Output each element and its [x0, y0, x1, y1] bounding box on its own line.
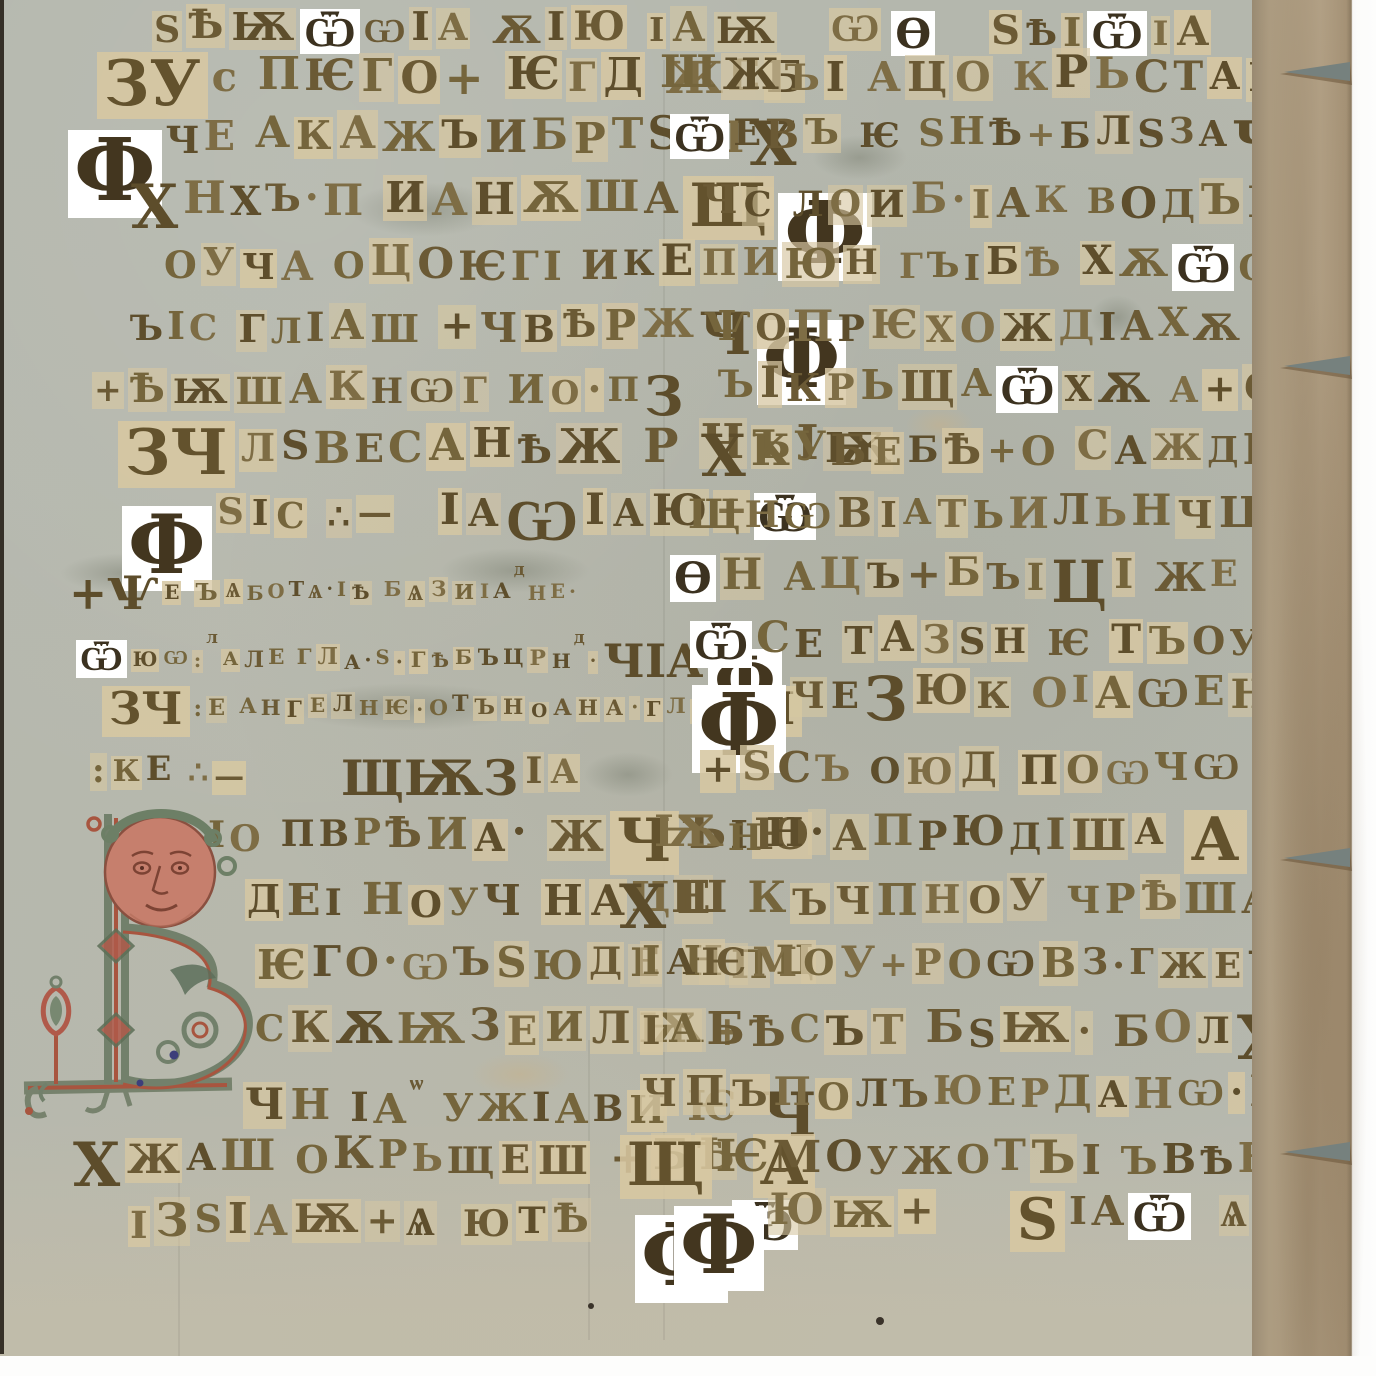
glyph: Ъ [1147, 622, 1188, 665]
glyph: Ѡ [783, 497, 831, 535]
glyph: А [996, 182, 1030, 223]
glyph: Ѕ [281, 427, 309, 466]
glyph: О [1154, 1006, 1192, 1050]
glyph: Г [460, 372, 489, 412]
glyph: К [747, 877, 786, 920]
glyph: О [953, 56, 993, 101]
glyph: У [840, 942, 875, 985]
glyph: Ѥ [458, 246, 507, 287]
gap [629, 40, 645, 41]
letter-run: КУБЕБѢ+ОСАЖДИ [749, 426, 1284, 471]
glyph: Д [1207, 433, 1238, 468]
glyph: С [1075, 426, 1111, 470]
glyph: А [1198, 117, 1227, 152]
manuscript-text-line: ОУЧАОЦОѤГІИКЕ [162, 240, 697, 288]
glyph: Ѭ [292, 1199, 361, 1243]
glyph: Ѥ [859, 119, 899, 153]
glyph: Ѧ [404, 1201, 437, 1245]
glyph: П [258, 52, 300, 97]
letter-run: ЪІКРЬЩА [716, 363, 994, 408]
glyph: И [867, 185, 907, 227]
glyph: + [365, 1201, 401, 1243]
glyph: · [394, 651, 405, 675]
glyph: Ѫ [521, 175, 581, 221]
glyph: Т [516, 1201, 547, 1242]
large-ink-letter: З [644, 372, 683, 421]
gap [779, 42, 827, 43]
glyph: Ч [166, 122, 200, 159]
glyph: Д [587, 942, 624, 983]
glyph: Н [728, 820, 762, 856]
manuscript-text-line: ѬНН·АПРЮДІШАА [652, 810, 1249, 874]
glyph: Е [354, 430, 384, 469]
glyph: Л [271, 315, 302, 350]
glyph: · [414, 699, 425, 722]
glyph: Ш [370, 311, 419, 349]
glyph: І [1151, 16, 1171, 54]
glyph: Е [733, 115, 761, 151]
gap [1168, 846, 1182, 847]
glyph: О [1120, 183, 1157, 226]
glyph: Ѡ [407, 371, 456, 411]
glyph: Ѣ [432, 651, 449, 671]
glyph: Н [766, 814, 803, 854]
gap [937, 42, 987, 43]
glyph: І [532, 1088, 551, 1128]
glyph: А [281, 247, 314, 287]
glyph: Ѡ [402, 948, 449, 986]
glyph: Ъ [730, 1074, 769, 1115]
glyph: О [333, 248, 365, 284]
glyph: Г [297, 647, 312, 669]
letter-run: ѪІ [490, 8, 569, 50]
glyph: І [438, 488, 462, 535]
glyph: · [327, 581, 333, 600]
glyph: Ѥ [869, 305, 920, 348]
glyph: О [825, 1136, 862, 1179]
glyph: Н [922, 881, 963, 924]
gap [593, 1234, 633, 1235]
glyph: Н [472, 177, 517, 225]
glyph: Ц [905, 55, 949, 101]
glyph: А [1174, 10, 1211, 54]
glyph: Г [1129, 945, 1154, 981]
glyph: А [604, 697, 625, 722]
glyph: Ѧ [405, 581, 425, 607]
glyph: Е [206, 696, 227, 722]
glyph: К [1013, 58, 1049, 97]
glyph: + [438, 305, 476, 349]
glyph: Ѥ [304, 55, 355, 98]
glyph: Ѣ [749, 1011, 786, 1053]
letter-run: Ю [569, 8, 629, 50]
glyph: Р [353, 814, 381, 851]
glyph: Ъ [473, 696, 497, 721]
glyph: Ѱ [704, 305, 749, 346]
glyph: Ш [585, 175, 640, 218]
glyph: П [873, 809, 914, 852]
glyph: Г [236, 310, 267, 352]
glyph: · [1112, 947, 1125, 984]
glyph: І [1072, 671, 1089, 708]
large-letter-patch: ЗЧ [118, 421, 235, 488]
glyph: Е [871, 432, 904, 474]
glyph: Р [1020, 1076, 1049, 1115]
glyph: У [1007, 873, 1046, 921]
manuscript-text-line: ѾЕВЪѤЅНѢ+БЛЅЗАЧѾ [668, 112, 1349, 166]
glyph: Ь [1094, 493, 1127, 533]
ink-dot [876, 1317, 884, 1325]
glyph: Ъ [865, 559, 902, 598]
letter-run: ІА [1067, 1190, 1126, 1235]
glyph: К [751, 430, 790, 473]
pasted-glyph-overlay: Ѳ [670, 555, 716, 602]
letter-run: ІАѤМОУ+РОѠВЗ·ГЖЕ [638, 940, 1245, 985]
glyph: Ю [913, 668, 971, 714]
letter-run: ІЗЅІАѬ [126, 1198, 363, 1245]
glyph: Ь [972, 497, 1004, 535]
glyph: Р [378, 1136, 408, 1176]
glyph: Ь [861, 364, 895, 405]
glyph: Л [316, 644, 341, 671]
glyph: О [815, 1078, 852, 1120]
glyph: Ъ [893, 1075, 929, 1113]
superscript-letter: д [514, 560, 525, 579]
pasted-glyph-overlay: Ѿ [76, 640, 127, 678]
glyph: С [742, 187, 774, 226]
letter-run: ЕВЪѤЅНѢ+БЛЅЗА [731, 113, 1229, 155]
glyph: Ѡ [1177, 1074, 1224, 1112]
glyph: А [1132, 813, 1165, 853]
gap [1193, 1225, 1217, 1226]
glyph: · [1228, 1072, 1245, 1114]
glyph: М [773, 1136, 822, 1180]
glyph: Ѣ [1200, 1142, 1233, 1180]
glyph: Л [667, 696, 686, 718]
glyph: А [1091, 1190, 1124, 1231]
glyph: П [1018, 750, 1060, 794]
glyph: А [1169, 373, 1198, 409]
glyph: Н [183, 175, 226, 220]
glyph: Л [244, 649, 264, 671]
glyph: Х [924, 311, 956, 351]
glyph: З [469, 1004, 500, 1048]
glyph: Н [470, 421, 513, 467]
glyph: У [448, 884, 479, 922]
glyph: О [417, 242, 454, 284]
glyph: П [608, 373, 640, 406]
glyph: П [700, 244, 738, 284]
glyph: Ч [482, 879, 521, 921]
glyph: Ю [768, 1188, 827, 1235]
pasted-glyph-overlay: Ѿ [670, 114, 729, 159]
glyph: О [870, 754, 901, 789]
glyph: Е [550, 582, 565, 601]
glyph: + [879, 948, 908, 982]
glyph: Б [945, 552, 982, 595]
glyph: Ж [556, 423, 622, 474]
letter-run: ШЖЪІАЦОКРЬСТА [658, 52, 1244, 99]
glyph: И [383, 175, 427, 221]
glyph: Ѡ [1106, 755, 1150, 790]
glyph: Н [949, 112, 985, 150]
glyph: Г [409, 649, 428, 674]
large-letter-patch: А [1184, 810, 1247, 874]
glyph: Т [452, 693, 469, 715]
glyph: У [201, 243, 236, 286]
letter-run: ѬНН·АПРЮДІША [652, 810, 1168, 857]
glyph: Ш [234, 372, 285, 413]
glyph: Л [1053, 489, 1090, 531]
glyph: О [967, 881, 1004, 923]
glyph: Ъ [130, 312, 163, 347]
glyph: А [186, 1139, 216, 1176]
glyph: Б [706, 1007, 744, 1052]
glyph: Ѣ [518, 431, 552, 470]
glyph: И [426, 812, 468, 856]
pasted-glyph-overlay: Ѿ [1172, 244, 1234, 291]
glyph: И [742, 243, 778, 281]
glyph: · [629, 696, 640, 720]
glyph: З [429, 577, 448, 602]
glyph: Ѫ [492, 12, 541, 49]
glyph: О [164, 247, 197, 285]
glyph: Ѕ [1137, 116, 1165, 155]
glyph: Т [936, 495, 969, 538]
glyph: Д [1059, 306, 1095, 346]
letter-run: +Ѧ [363, 1198, 439, 1245]
glyph: Е [499, 1141, 533, 1184]
glyph: І [878, 497, 899, 537]
glyph: Б [384, 579, 402, 600]
glyph: І [128, 1206, 150, 1248]
glyph: Е [268, 647, 284, 668]
glyph: Н [1131, 490, 1171, 533]
letter-run: НАЦЪ+БЪІ [718, 552, 1049, 597]
letter-run: ЕЪѦБОТѦ·ІѢБѦЗИІА [160, 579, 513, 603]
glyph: С [778, 746, 812, 788]
glyph: Ю [533, 947, 583, 986]
text-block: ЅѢѬѾѠІАѪІЮІАѬѠѲЅѢІѾІАЗУсПѤГО+ѤГДЖЕБШЖЪІА… [0, 0, 1376, 1376]
glyph: А [611, 493, 646, 535]
glyph: Д [1161, 186, 1195, 224]
glyph: А [337, 110, 378, 159]
glyph: Ѡ [829, 8, 882, 51]
glyph: + [92, 372, 124, 409]
glyph: Ъ [790, 883, 829, 924]
glyph: · [951, 178, 965, 219]
letter-run: ІАБѢСЪТБЅѬ·БОЛ [638, 1007, 1234, 1054]
glyph: А [426, 423, 466, 471]
glyph: І [523, 752, 544, 792]
glyph: А [867, 56, 901, 98]
glyph: Ж [125, 1138, 182, 1182]
glyph: с [212, 56, 237, 98]
glyph: Б [984, 242, 1021, 284]
glyph: П [683, 1069, 726, 1115]
glyph: А [466, 493, 501, 535]
glyph: У [867, 1143, 898, 1181]
glyph: Ю [461, 1204, 512, 1245]
glyph: А [548, 754, 580, 792]
letter-run: ІА [436, 490, 503, 535]
gap [472, 40, 490, 41]
glyph: Ж [1154, 559, 1205, 598]
glyph: О [429, 698, 448, 720]
large-ink-letter: Х [619, 881, 666, 936]
glyph: В [835, 491, 874, 536]
glyph: В [319, 816, 349, 852]
letter-run: Ѧ [1217, 1190, 1251, 1235]
glyph: Ѕ [918, 115, 945, 152]
manuscript-text-line: +ѰЕЪѦБОТѦ·ІѢБѦЗИІАдНЕ· [66, 560, 578, 614]
glyph: А [255, 111, 290, 154]
glyph: Ѡ [1193, 748, 1240, 785]
glyph: К [786, 370, 821, 408]
glyph: А [1093, 671, 1133, 719]
glyph: А [1207, 57, 1242, 99]
glyph: Ш [220, 1134, 275, 1177]
glyph: О [345, 945, 379, 984]
glyph: Ъ [439, 115, 481, 158]
glyph: Ъ [927, 249, 960, 283]
glyph: І [583, 488, 607, 535]
glyph: — [356, 495, 394, 533]
letter-run: ЧЕ [788, 668, 861, 715]
glyph: Ѡ [986, 944, 1035, 984]
glyph: Ь [1094, 52, 1130, 95]
glyph: + [1202, 369, 1237, 410]
glyph: Г [312, 940, 341, 982]
glyph: — [212, 761, 246, 795]
glyph: Ь [412, 1139, 443, 1177]
glyph: Ю [782, 242, 839, 287]
glyph: · [512, 810, 527, 854]
glyph: Ѣ [1026, 16, 1057, 51]
glyph: О [948, 946, 982, 985]
glyph: О [1021, 433, 1056, 473]
glyph: І [306, 308, 325, 348]
glyph: П [877, 879, 918, 923]
glyph: Р [1105, 878, 1136, 919]
glyph: В [765, 114, 799, 154]
ornate-initial-letter [22, 792, 267, 1122]
glyph: О [956, 1142, 990, 1181]
glyph: О [1031, 672, 1067, 714]
pasted-glyph-overlay: Ѿ [690, 621, 752, 668]
glyph: Ж [902, 1143, 952, 1181]
glyph: А [472, 819, 508, 862]
letter-run: НХЪ·ПИАНѪША [181, 176, 680, 223]
glyph: У [794, 428, 826, 468]
glyph: Г [566, 58, 598, 102]
letter-run: ЪІСГЛІАШ+ЧВѢРЖ [128, 304, 696, 349]
glyph: Е [287, 878, 321, 922]
glyph: К [111, 756, 142, 790]
glyph: К [288, 1005, 331, 1052]
glyph: М [752, 942, 797, 983]
glyph: Е [162, 581, 181, 605]
letter-run: :ЕАНГЕЛНѤ·ОТЪНОАНА·ГЛА· [192, 695, 730, 719]
glyph: А [1096, 1076, 1130, 1116]
glyph: Ѣ [385, 812, 422, 854]
glyph: З [1169, 114, 1194, 149]
glyph: Б [453, 647, 474, 671]
glyph: П [323, 180, 363, 223]
glyph: Н [720, 553, 765, 600]
glyph: Ч [1154, 749, 1189, 787]
glyph: Ш [1184, 878, 1237, 920]
glyph: Х [1062, 371, 1093, 410]
glyph: Г [359, 53, 394, 102]
glyph: О [753, 309, 788, 349]
glyph: Л [1196, 1012, 1232, 1052]
glyph: Ю [131, 649, 160, 672]
letter-run: ЧПЪПОЛЪЮЕРДАНѠ·І [638, 1070, 1271, 1117]
letter-run: Ѡ [827, 10, 884, 52]
glyph: В [521, 310, 556, 351]
glyph: Ѣ [942, 428, 983, 474]
gap [738, 1120, 758, 1121]
glyph: Ѡ [1137, 672, 1190, 714]
glyph: Н [362, 877, 404, 921]
glyph: · [383, 940, 398, 983]
glyph: В [1039, 941, 1078, 986]
glyph: К [294, 117, 333, 160]
glyph: Т [612, 112, 644, 154]
gap [439, 1234, 459, 1235]
glyph: Т [842, 621, 874, 663]
glyph: Б [1059, 118, 1090, 154]
glyph: Ж [642, 305, 694, 345]
glyph: · [588, 651, 599, 674]
glyph: · [364, 650, 371, 671]
glyph: Ъ [194, 580, 220, 607]
glyph: Н [843, 245, 880, 284]
glyph: П [793, 306, 834, 349]
manuscript-text-line: ѬѠѲЅѢІѾІА [712, 8, 1213, 56]
letter-run: +ЅСЪОЮДПОѠЧѠЩЕ [698, 746, 1341, 791]
large-ink-letter: Х [73, 1139, 120, 1194]
glyph: Щ [447, 1142, 495, 1179]
letter-run: Ѕ [150, 8, 184, 50]
glyph: ∴ [326, 499, 352, 538]
glyph: + [907, 553, 941, 594]
glyph: А [666, 945, 695, 980]
glyph: Ѧ [308, 581, 322, 601]
glyph: І [1045, 813, 1065, 856]
glyph: + [987, 433, 1017, 468]
glyph: О [549, 376, 582, 413]
glyph: Б [908, 432, 939, 468]
glyph: Ю [904, 753, 954, 793]
glyph: А [903, 495, 932, 530]
glyph: А [830, 814, 868, 860]
glyph: А [239, 696, 257, 718]
glyph: Ю [571, 5, 627, 49]
glyph: Ц [369, 238, 414, 284]
glyph: А [254, 1200, 288, 1242]
glyph: Х [1158, 304, 1189, 344]
glyph: О [529, 702, 549, 724]
glyph: І [543, 246, 562, 287]
gap [938, 1225, 1008, 1226]
glyph: А [643, 177, 678, 220]
glyph: Щ [688, 494, 741, 535]
glyph: Ш [671, 875, 727, 919]
letter-run: :КЕ∴— [88, 753, 248, 791]
glyph: Л [239, 429, 277, 472]
